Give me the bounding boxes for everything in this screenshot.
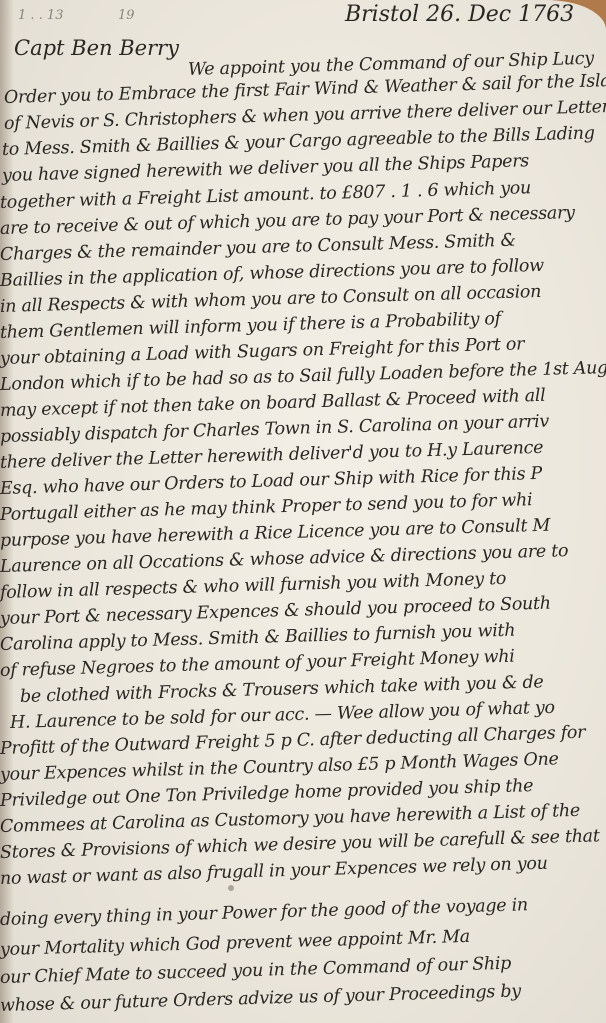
place-date: Bristol 26. Dec 1763 xyxy=(345,2,574,27)
salutation: Capt Ben Berry xyxy=(14,36,179,60)
letter-line: your Mortality which God prevent wee app… xyxy=(0,927,470,960)
letter-line: doing every thing in your Power for the … xyxy=(0,895,528,930)
letter-line: whose & our future Orders advize us of y… xyxy=(0,981,521,1016)
folio-number: 19 xyxy=(118,8,135,23)
folio-mark: 1 . . 13 xyxy=(18,8,63,23)
manuscript-page: 1 . . 13 19 Bristol 26. Dec 1763 Capt Be… xyxy=(0,0,606,1023)
ink-spot xyxy=(228,885,234,891)
